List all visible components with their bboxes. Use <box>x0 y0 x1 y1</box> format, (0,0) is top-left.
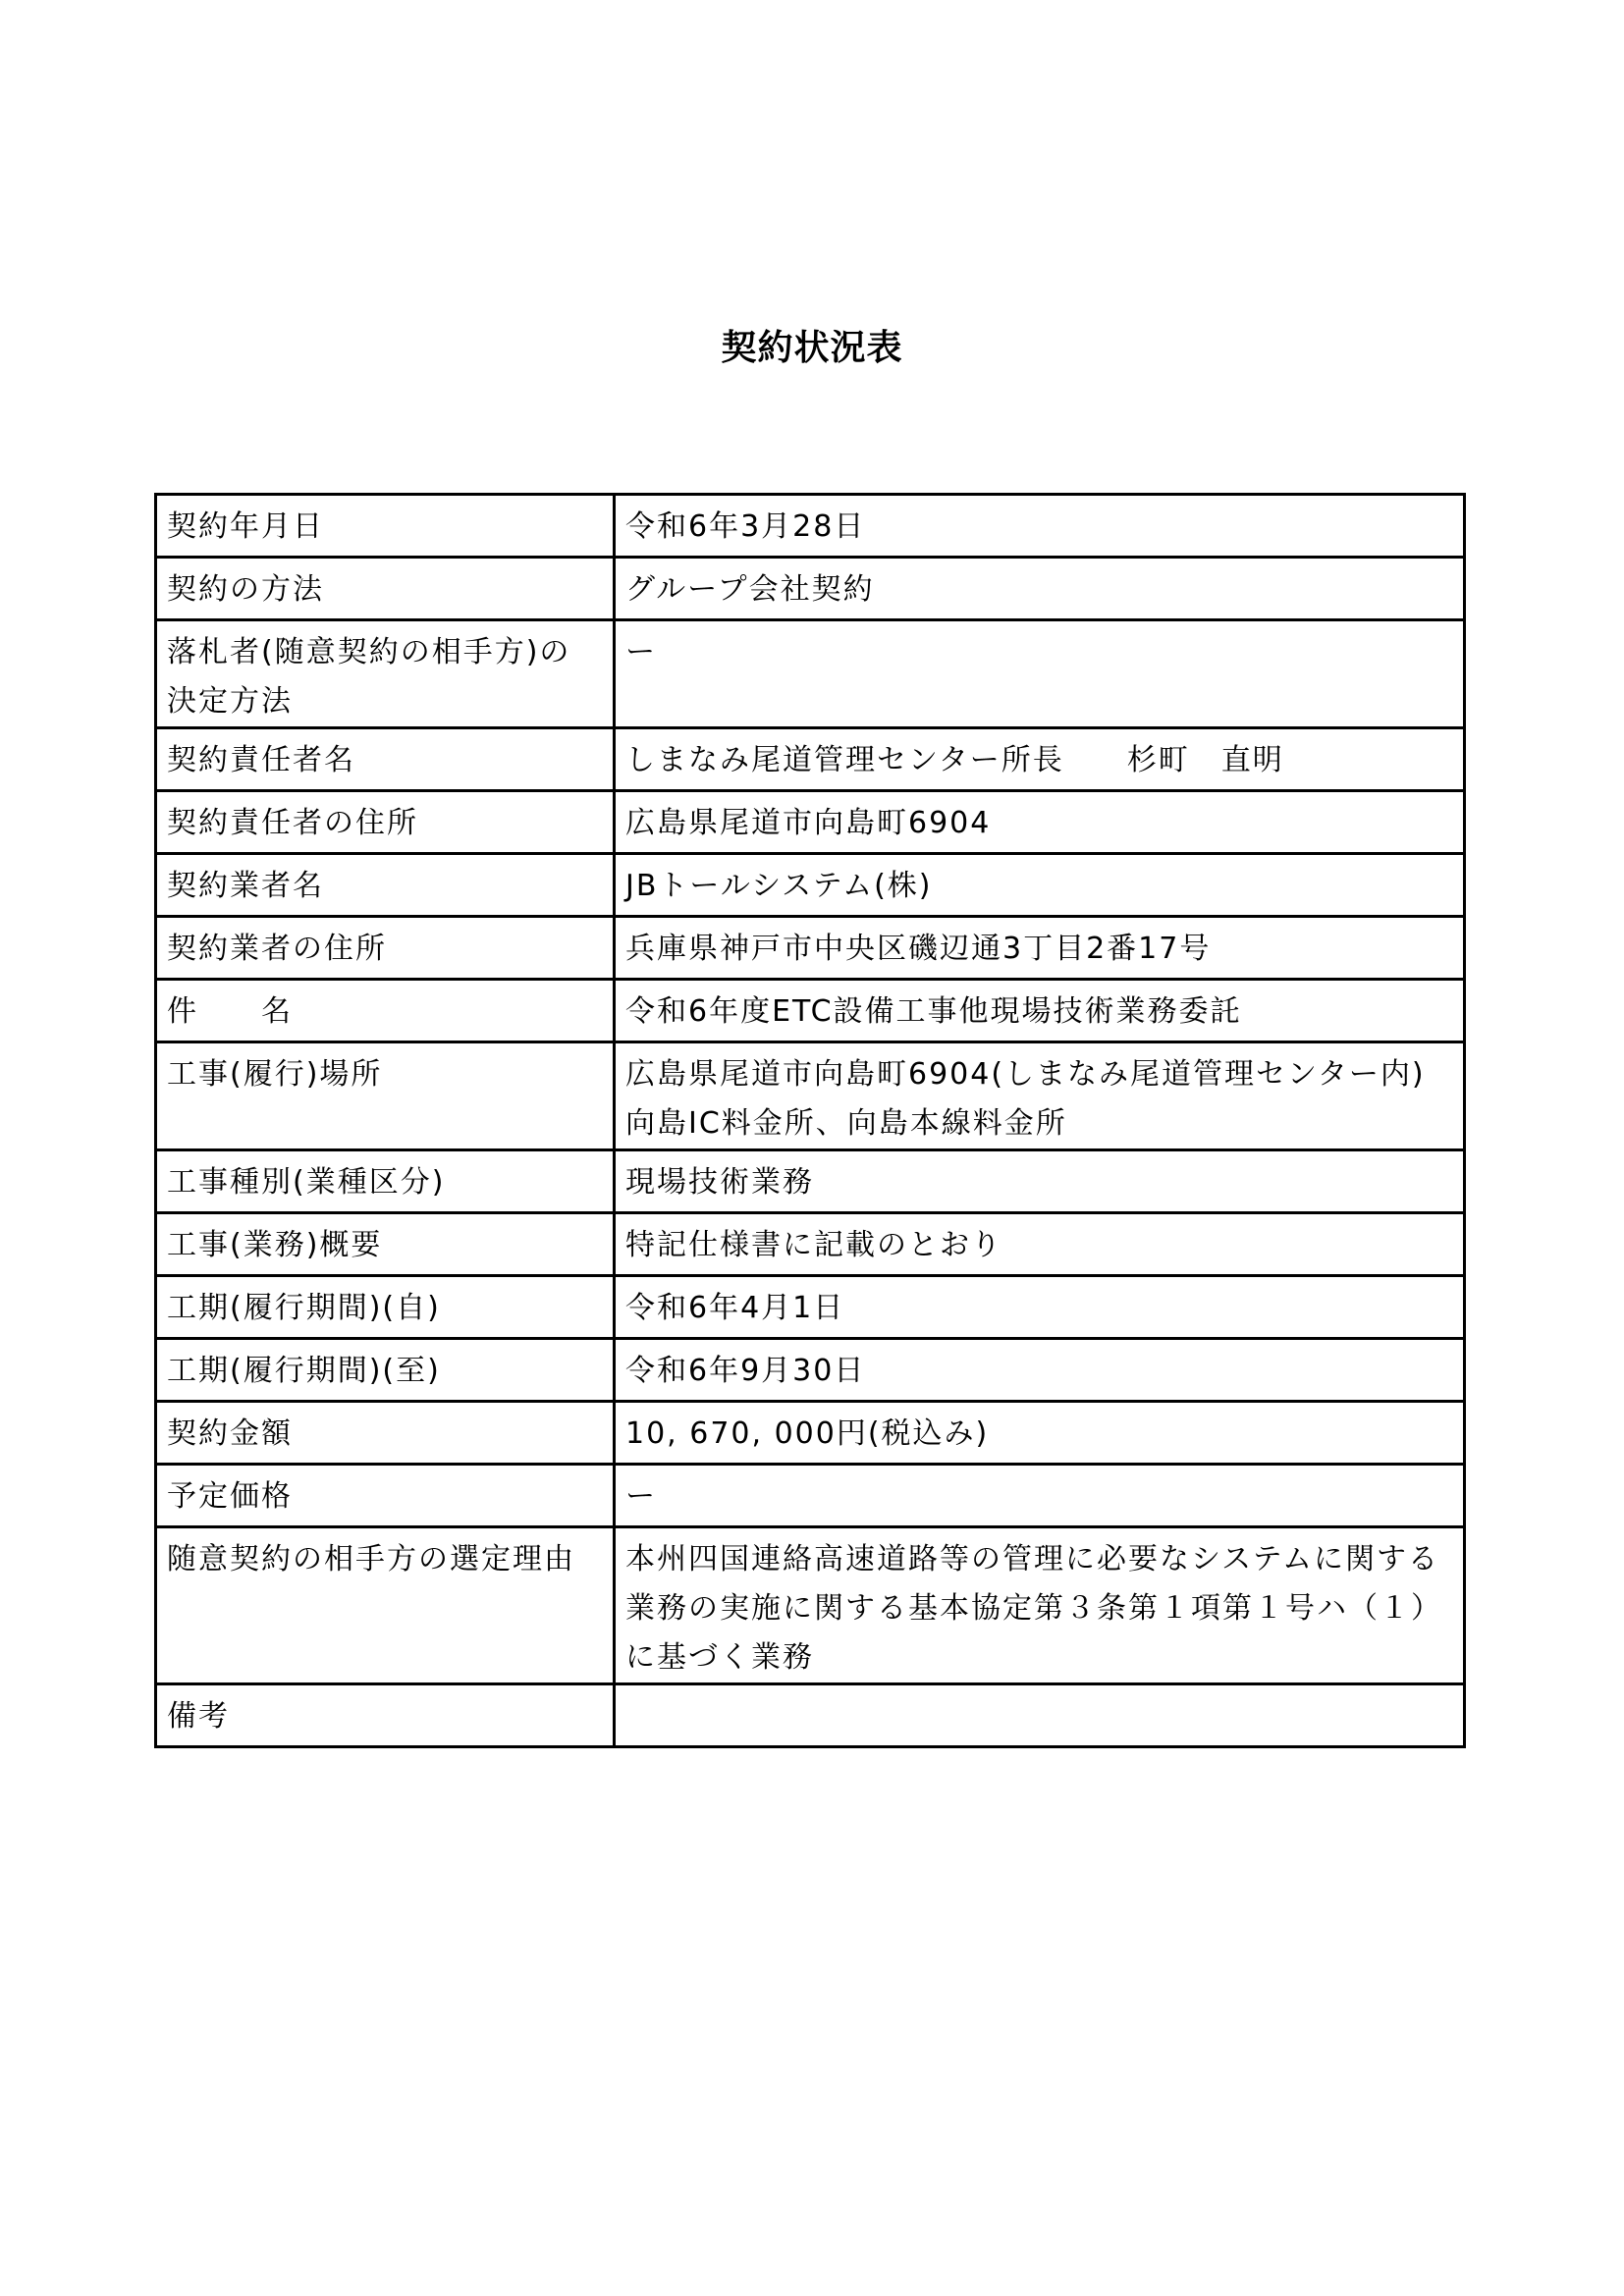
label-subject: 件 名 <box>156 980 615 1042</box>
row-period-start: 工期(履行期間)(自) 令和6年4月1日 <box>156 1276 1465 1339</box>
value-selection-method: ー <box>615 620 1465 728</box>
label-work-location: 工事(履行)場所 <box>156 1042 615 1150</box>
value-contract-date: 令和6年3月28日 <box>615 495 1465 558</box>
row-contract-method: 契約の方法 グループ会社契約 <box>156 558 1465 620</box>
value-work-summary: 特記仕様書に記載のとおり <box>615 1213 1465 1276</box>
contract-status-table: 契約年月日 令和6年3月28日 契約の方法 グループ会社契約 落札者(随意契約の… <box>154 493 1466 1748</box>
row-period-end: 工期(履行期間)(至) 令和6年9月30日 <box>156 1339 1465 1402</box>
value-work-location: 広島県尾道市向島町6904(しまなみ尾道管理センター内) 向島IC料金所、向島本… <box>615 1042 1465 1150</box>
row-subject: 件 名 令和6年度ETC設備工事他現場技術業務委託 <box>156 980 1465 1042</box>
row-work-summary: 工事(業務)概要 特記仕様書に記載のとおり <box>156 1213 1465 1276</box>
label-selection-reason: 随意契約の相手方の選定理由 <box>156 1527 615 1684</box>
value-work-type: 現場技術業務 <box>615 1150 1465 1213</box>
row-work-type: 工事種別(業種区分) 現場技術業務 <box>156 1150 1465 1213</box>
row-contract-amount: 契約金額 10, 670, 000円(税込み) <box>156 1402 1465 1465</box>
label-selection-method: 落札者(随意契約の相手方)の 決定方法 <box>156 620 615 728</box>
row-estimated-price: 予定価格 ー <box>156 1465 1465 1527</box>
label-officer-address: 契約責任者の住所 <box>156 791 615 854</box>
label-contract-officer: 契約責任者名 <box>156 728 615 791</box>
label-estimated-price: 予定価格 <box>156 1465 615 1527</box>
value-contract-method: グループ会社契約 <box>615 558 1465 620</box>
label-contract-method: 契約の方法 <box>156 558 615 620</box>
value-contractor-name: JBトールシステム(株) <box>615 854 1465 917</box>
value-remarks <box>615 1684 1465 1747</box>
row-contractor-name: 契約業者名 JBトールシステム(株) <box>156 854 1465 917</box>
row-selection-reason: 随意契約の相手方の選定理由 本州四国連絡高速道路等の管理に必要なシステムに関する… <box>156 1527 1465 1684</box>
label-period-start: 工期(履行期間)(自) <box>156 1276 615 1339</box>
row-contract-date: 契約年月日 令和6年3月28日 <box>156 495 1465 558</box>
row-officer-address: 契約責任者の住所 広島県尾道市向島町6904 <box>156 791 1465 854</box>
row-work-location: 工事(履行)場所 広島県尾道市向島町6904(しまなみ尾道管理センター内) 向島… <box>156 1042 1465 1150</box>
value-selection-reason: 本州四国連絡高速道路等の管理に必要なシステムに関する業務の実施に関する基本協定第… <box>615 1527 1465 1684</box>
value-contract-amount: 10, 670, 000円(税込み) <box>615 1402 1465 1465</box>
value-estimated-price: ー <box>615 1465 1465 1527</box>
value-contractor-address: 兵庫県神戸市中央区磯辺通3丁目2番17号 <box>615 917 1465 980</box>
value-subject: 令和6年度ETC設備工事他現場技術業務委託 <box>615 980 1465 1042</box>
label-contractor-address: 契約業者の住所 <box>156 917 615 980</box>
row-selection-method: 落札者(随意契約の相手方)の 決定方法 ー <box>156 620 1465 728</box>
label-remarks: 備考 <box>156 1684 615 1747</box>
value-period-start: 令和6年4月1日 <box>615 1276 1465 1339</box>
value-contract-officer: しまなみ尾道管理センター所長 杉町 直明 <box>615 728 1465 791</box>
row-remarks: 備考 <box>156 1684 1465 1747</box>
row-contract-officer: 契約責任者名 しまなみ尾道管理センター所長 杉町 直明 <box>156 728 1465 791</box>
label-period-end: 工期(履行期間)(至) <box>156 1339 615 1402</box>
label-contractor-name: 契約業者名 <box>156 854 615 917</box>
page-title: 契約状況表 <box>0 320 1624 370</box>
label-contract-date: 契約年月日 <box>156 495 615 558</box>
value-period-end: 令和6年9月30日 <box>615 1339 1465 1402</box>
value-officer-address: 広島県尾道市向島町6904 <box>615 791 1465 854</box>
label-contract-amount: 契約金額 <box>156 1402 615 1465</box>
label-work-type: 工事種別(業種区分) <box>156 1150 615 1213</box>
label-work-summary: 工事(業務)概要 <box>156 1213 615 1276</box>
row-contractor-address: 契約業者の住所 兵庫県神戸市中央区磯辺通3丁目2番17号 <box>156 917 1465 980</box>
